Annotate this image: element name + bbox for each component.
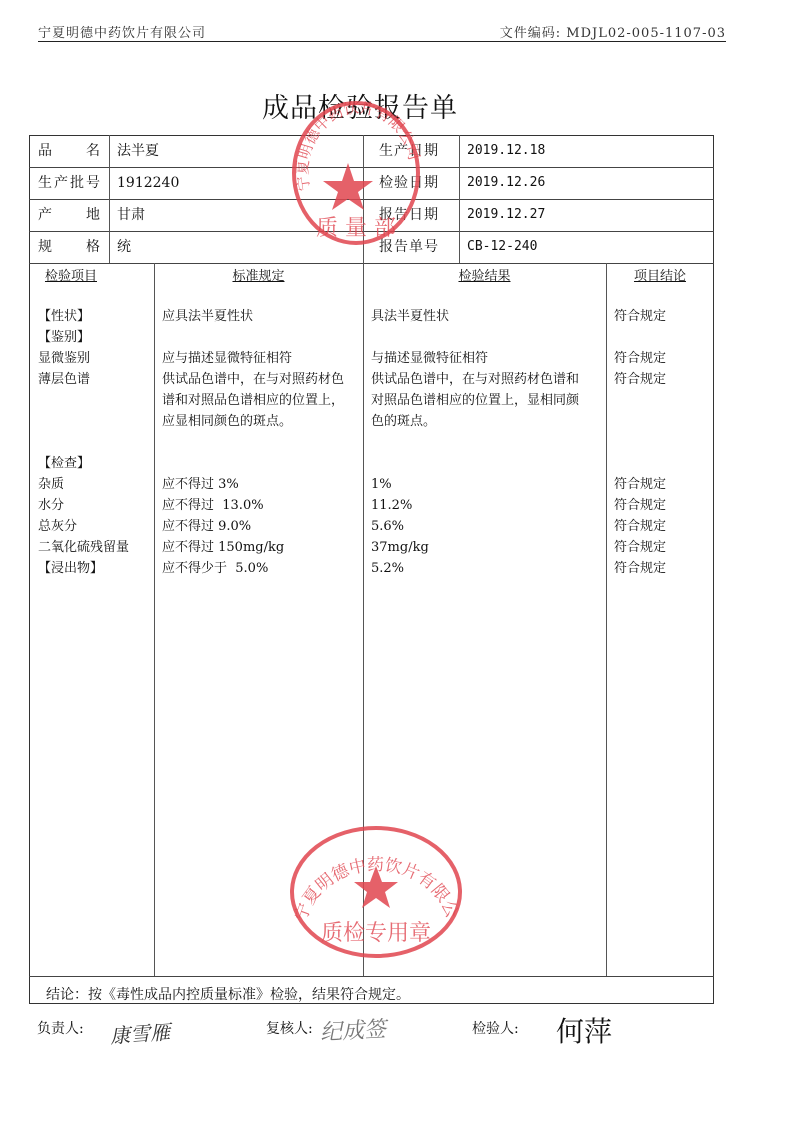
inspector-label: 检验人:	[472, 1018, 519, 1038]
test-standard: 应不得少于 5.0%	[162, 558, 268, 579]
test-result: 1%	[371, 474, 392, 495]
test-item: 【浸出物】	[38, 558, 103, 579]
test-conclusion: 符合规定	[614, 369, 666, 390]
reviewer-signature: 纪成签	[319, 1012, 387, 1046]
info-value: 甘肃	[117, 199, 145, 231]
divider	[29, 263, 714, 264]
test-item: 薄层色谱	[38, 369, 90, 390]
test-item: 【性状】	[38, 306, 90, 327]
test-result: 11.2%	[371, 495, 412, 516]
test-item: 水分	[38, 495, 64, 516]
test-result: 具法半夏性状	[371, 306, 449, 327]
info-label: 规格	[38, 231, 100, 263]
info-value: 1912240	[117, 167, 179, 199]
test-standard: 应具法半夏性状	[162, 306, 253, 327]
divider	[459, 135, 460, 263]
responsible-label: 负责人:	[37, 1018, 84, 1038]
test-item: 显微鉴别	[38, 348, 90, 369]
test-conclusion: 符合规定	[614, 537, 666, 558]
test-item: 二氧化硫残留量	[38, 537, 129, 558]
divider	[606, 263, 607, 976]
info-value: CB-12-240	[467, 231, 537, 263]
info-value: 2019.12.26	[467, 167, 545, 199]
test-result: 5.2%	[371, 558, 404, 579]
info-label: 生产日期	[379, 135, 439, 167]
column-header-standard: 标准规定	[154, 265, 363, 284]
test-conclusion: 符合规定	[614, 495, 666, 516]
test-result: 与描述显微特征相符	[371, 348, 488, 369]
test-item: 【鉴别】	[38, 327, 90, 348]
test-conclusion: 符合规定	[614, 516, 666, 537]
test-result: 37mg/kg	[371, 537, 429, 558]
column-header-result: 检验结果	[363, 265, 606, 284]
test-standard: 应不得过 9.0%	[162, 516, 251, 537]
test-result: 5.6%	[371, 516, 404, 537]
test-conclusion: 符合规定	[614, 306, 666, 327]
column-header-conclusion: 项目结论	[606, 265, 714, 284]
page-title: 成品检验报告单	[0, 86, 720, 125]
divider	[109, 135, 110, 263]
company-name: 宁夏明德中药饮片有限公司	[38, 22, 206, 41]
info-value: 2019.12.18	[467, 135, 545, 167]
inspector-signature: 何萍	[556, 1010, 612, 1050]
test-standard: 应不得过 13.0%	[162, 495, 264, 516]
info-value: 法半夏	[117, 135, 159, 167]
info-value: 统	[117, 231, 131, 263]
info-label: 生产批号	[38, 167, 100, 199]
info-label: 检验日期	[379, 167, 439, 199]
test-conclusion: 符合规定	[614, 558, 666, 579]
test-item: 【检查】	[38, 453, 90, 474]
divider	[363, 263, 364, 976]
divider	[29, 231, 714, 232]
info-label: 产地	[38, 199, 100, 231]
test-item: 总灰分	[38, 516, 77, 537]
info-label: 报告单号	[379, 231, 439, 263]
divider	[154, 263, 155, 976]
info-value: 2019.12.27	[467, 199, 545, 231]
test-standard: 应不得过 3%	[162, 474, 239, 495]
test-standard: 应不得过 150mg/kg	[162, 537, 284, 558]
test-item: 杂质	[38, 474, 64, 495]
info-label: 品名	[38, 135, 100, 167]
column-header-item: 检验项目	[29, 265, 113, 284]
conclusion-text: 结论：按《毒性成品内控质量标准》检验，结果符合规定。	[46, 984, 410, 1004]
test-conclusion: 符合规定	[614, 348, 666, 369]
test-result: 供试品色谱中，在与对照药材色谱和 对照品色谱相应的位置上，显相同颜 色的斑点。	[371, 369, 579, 432]
divider	[29, 976, 714, 977]
file-code: 文件编码: MDJL02-005-1107-03	[500, 22, 726, 41]
test-conclusion: 符合规定	[614, 474, 666, 495]
test-standard: 供试品色谱中，在与对照药材色 谱和对照品色谱相应的位置上， 应显相同颜色的斑点。	[162, 369, 344, 432]
header-divider	[38, 41, 726, 42]
divider	[363, 135, 364, 263]
responsible-signature: 康雪雁	[109, 1016, 171, 1049]
reviewer-label: 复核人:	[266, 1018, 313, 1038]
test-standard: 应与描述显微特征相符	[162, 348, 292, 369]
info-label: 报告日期	[379, 199, 439, 231]
